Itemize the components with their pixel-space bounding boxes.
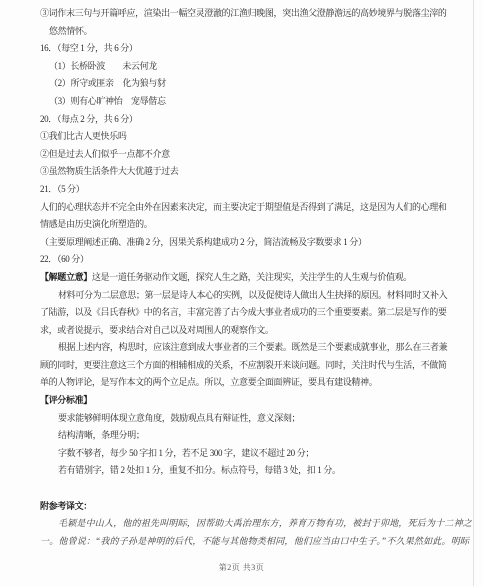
text-line: 材料可分为二层意思；第一层是诗人本心的实例，以及促使诗人做出人生抉择的原因。材料… bbox=[40, 287, 445, 305]
text-line: 人们的心理状态并不完全由外在因素来决定，而主要决定于期望值是否得到了满足，这是因… bbox=[40, 199, 445, 217]
text-line: （2）所守或匪亲 化为狼与豺 bbox=[40, 75, 445, 93]
page-footer: 第2页 共3页 bbox=[0, 562, 483, 573]
document-page: ③词作末三句与开篇呼应，渲染出一幅空灵澄澈的江渔归晚图，突出渔父澄静澹远的高妙境… bbox=[0, 0, 483, 586]
text-line: 字数不够者，每少 50 字扣 1 分，若不足 300 字，建议不超过 20 分； bbox=[40, 445, 445, 463]
text-line: 20．（每点 2 分，共 6 分） bbox=[40, 111, 445, 129]
text-line: （主要原理阐述正确、准确 2 分，因果关系构建成功 2 分，简洁流畅及字数要求 … bbox=[40, 234, 445, 252]
text-line: 【解题立意】这是一道任务驱动作文题，探究人生之路，关注现实，关注学生的人生观与价… bbox=[40, 269, 445, 287]
text-line: ②但是过去人们似乎一点都不介意 bbox=[40, 146, 445, 164]
section-header-label: 【解题立意】 bbox=[40, 272, 92, 282]
text-line: 22．（60 分） bbox=[40, 251, 445, 269]
text-line: 附参考译文： bbox=[40, 498, 445, 516]
text-line: 求，或者说提示，要求结合对自己以及对周围人的观察作文。 bbox=[40, 322, 445, 340]
text-line: 了陆游，以及《吕氏春秋》中的名言，丰富完善了古今成大事业者成功的三个重要要素。第… bbox=[40, 304, 445, 322]
text-line: 情感是由历史演化所塑造的。 bbox=[40, 216, 445, 234]
text-line: 根据上述内容，构思时，应该注意到成大事业者的三个要素。既然是三个要素成就事业，那… bbox=[40, 339, 445, 357]
text-line: ①我们比古人更快乐吗 bbox=[40, 128, 445, 146]
text-line: 【评分标准】 bbox=[40, 392, 445, 410]
text-line: ③虽然物质生活条件大大优越于过去 bbox=[40, 163, 445, 181]
text-line: 顾的同时，更要注意这三个方面的相辅相成的关系，不应割裂开来谈问题。同时，关注时代… bbox=[40, 357, 445, 375]
text-line: 悠然情怀。 bbox=[40, 23, 445, 41]
page-edge-divider bbox=[473, 0, 474, 586]
text-line: 要求能够鲜明体现立意角度，鼓励观点具有辩证性，意义深刻； bbox=[40, 410, 445, 428]
text-line: 16．（每空 1 分，共 6 分） bbox=[40, 40, 445, 58]
text-line: 若有错别字，错 2 处扣 1 分，重复不扣分。标点符号，每错 3 处，扣 1 分… bbox=[40, 462, 445, 480]
text-line: 单的人物评论，是写作本文的两个立足点。所以，立意要全面面辨证，要具有建设精神。 bbox=[40, 374, 445, 392]
section-header-label: 【评分标准】 bbox=[40, 395, 92, 405]
document-body: ③词作末三句与开篇呼应，渲染出一幅空灵澄澈的江渔归晚图，突出渔父澄静澹远的高妙境… bbox=[40, 5, 445, 550]
text-line: （1）长桥卧波 未云何龙 bbox=[40, 58, 445, 76]
text-line: 21．（5 分） bbox=[40, 181, 445, 199]
text-line: ③词作末三句与开篇呼应，渲染出一幅空灵澄澈的江渔归晚图，突出渔父澄静澹远的高妙境… bbox=[40, 5, 445, 23]
text-line: （3）则有心旷神怡 宠辱偕忘 bbox=[40, 93, 445, 111]
blank-line bbox=[40, 480, 445, 498]
text-line: 毛颖是中山人，他的祖先叫明眎，因帮助大禹治理东方，养育万物有功，被封于卯地，死后… bbox=[40, 515, 445, 533]
text-line: 一。他曾说：“我的子孙是神明的后代，不能与其他物类相同，他们应当由口中生子。”不… bbox=[40, 533, 445, 551]
text-line: 结构清晰，条理分明； bbox=[40, 427, 445, 445]
